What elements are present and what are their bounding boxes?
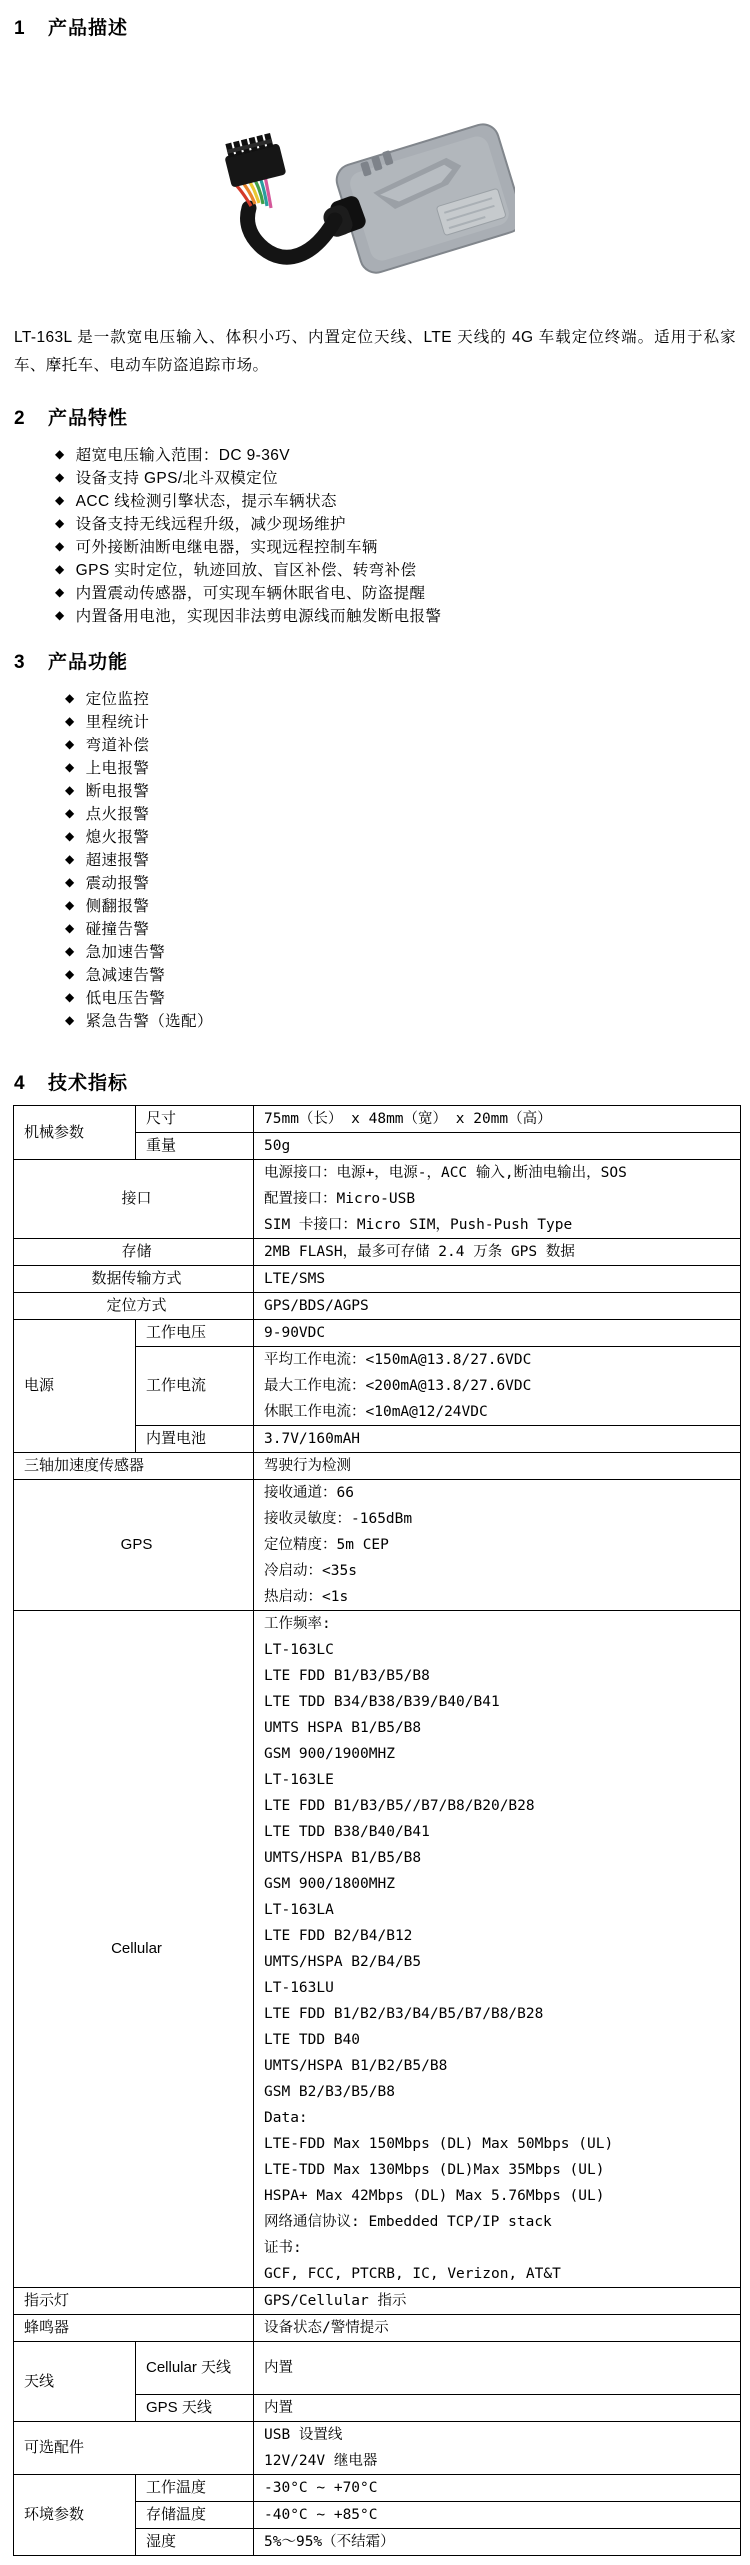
section-title: 技术指标 bbox=[48, 1071, 128, 1097]
diamond-bullet-icon: ◆ bbox=[55, 494, 65, 506]
spec-label-storage: 存储 bbox=[14, 1239, 254, 1266]
spec-label-accessories: 可选配件 bbox=[14, 2422, 254, 2475]
cellular-line: LTE FDD B1/B3/B5//B7/B8/B20/B28 bbox=[264, 1793, 736, 1819]
spec-sublabel-battery: 内置电池 bbox=[136, 1426, 254, 1453]
feature-item: ◆设备支持无线远程升级，减少现场维护 bbox=[0, 511, 750, 534]
function-item: ◆断电报警 bbox=[0, 778, 750, 801]
diamond-bullet-icon: ◆ bbox=[55, 540, 65, 552]
function-item: ◆紧急告警（选配） bbox=[0, 1008, 750, 1031]
function-text: 低电压告警 bbox=[86, 986, 166, 1008]
description-paragraph: LT-163L 是一款宽电压输入、体积小巧、内置定位天线、LTE 天线的 4G … bbox=[14, 324, 736, 380]
cellular-line: LTE TDD B38/B40/B41 bbox=[264, 1819, 736, 1845]
function-text: 点火报警 bbox=[86, 802, 150, 824]
function-text: 急加速告警 bbox=[86, 940, 166, 962]
spec-row-gps: GPS 接收通道：66 接收灵敏度：-165dBm 定位精度：5m CEP 冷启… bbox=[14, 1480, 741, 1611]
spec-table: 机械参数 尺寸 75mm（长） x 48mm（宽） x 20mm（高） 重量 5… bbox=[13, 1105, 741, 2556]
diamond-bullet-icon: ◆ bbox=[65, 853, 75, 865]
function-item: ◆弯道补偿 bbox=[0, 732, 750, 755]
diamond-bullet-icon: ◆ bbox=[65, 945, 75, 957]
function-item: ◆超速报警 bbox=[0, 847, 750, 870]
function-text: 断电报警 bbox=[86, 779, 150, 801]
section-3-heading: 3 产品功能 bbox=[14, 650, 750, 676]
feature-item: ◆可外接断油断电继电器，实现远程控制车辆 bbox=[0, 534, 750, 557]
spec-value-cellular: 工作频率: LT-163LC LTE FDD B1/B3/B5/B8 LTE T… bbox=[254, 1611, 741, 2288]
section-title: 产品特性 bbox=[48, 406, 128, 432]
spec-row-voltage: 电源 工作电压 9-90VDC bbox=[14, 1320, 741, 1347]
feature-text: 设备支持无线远程升级，减少现场维护 bbox=[76, 512, 346, 534]
spec-row-accelerometer: 三轴加速度传感器 驾驶行为检测 bbox=[14, 1453, 741, 1480]
wire-connector bbox=[221, 132, 286, 188]
function-item: ◆里程统计 bbox=[0, 709, 750, 732]
spec-sublabel-cellular-antenna: Cellular 天线 bbox=[136, 2342, 254, 2395]
product-photo bbox=[205, 80, 515, 292]
spec-value-gps: 接收通道：66 接收灵敏度：-165dBm 定位精度：5m CEP 冷启动：<3… bbox=[254, 1480, 741, 1611]
spec-value-accessories: USB 设置线 12V/24V 继电器 bbox=[254, 2422, 741, 2475]
spec-row-storage: 存储 2MB FLASH，最多可存储 2.4 万条 GPS 数据 bbox=[14, 1239, 741, 1266]
spec-sublabel-storage-temp: 存储温度 bbox=[136, 2502, 254, 2529]
feature-item: ◆GPS 实时定位，轨迹回放、盲区补偿、转弯补偿 bbox=[0, 557, 750, 580]
current-line: 休眠工作电流：<10mA@12/24VDC bbox=[264, 1399, 736, 1425]
feature-item: ◆内置备用电池，实现因非法剪电源线而触发断电报警 bbox=[0, 603, 750, 626]
function-item: ◆急减速告警 bbox=[0, 962, 750, 985]
diamond-bullet-icon: ◆ bbox=[65, 807, 75, 819]
cellular-line: Data: bbox=[264, 2105, 736, 2131]
spec-sublabel-work-temp: 工作温度 bbox=[136, 2475, 254, 2502]
diamond-bullet-icon: ◆ bbox=[55, 517, 65, 529]
spec-row-indicator: 指示灯 GPS/Cellular 指示 bbox=[14, 2288, 741, 2315]
cellular-line: LTE FDD B2/B4/B12 bbox=[264, 1923, 736, 1949]
diamond-bullet-icon: ◆ bbox=[65, 715, 75, 727]
diamond-bullet-icon: ◆ bbox=[65, 738, 75, 750]
feature-text: 内置备用电池，实现因非法剪电源线而触发断电报警 bbox=[76, 604, 442, 626]
spec-label-mechanical: 机械参数 bbox=[14, 1106, 136, 1160]
cellular-line: LTE FDD B1/B3/B5/B8 bbox=[264, 1663, 736, 1689]
cellular-line: LT-163LU bbox=[264, 1975, 736, 2001]
section-title: 产品功能 bbox=[48, 650, 128, 676]
spec-row-positioning: 定位方式 GPS/BDS/AGPS bbox=[14, 1293, 741, 1320]
functions-list: ◆定位监控 ◆里程统计 ◆弯道补偿 ◆上电报警 ◆断电报警 ◆点火报警 ◆熄火报… bbox=[0, 686, 750, 1031]
section-2-heading: 2 产品特性 bbox=[14, 406, 750, 432]
spec-row-data-mode: 数据传输方式 LTE/SMS bbox=[14, 1266, 741, 1293]
section-title: 产品描述 bbox=[48, 16, 128, 42]
spec-value-buzzer: 设备状态/警情提示 bbox=[254, 2315, 741, 2342]
cellular-line: GSM 900/1800MHZ bbox=[264, 1871, 736, 1897]
function-item: ◆上电报警 bbox=[0, 755, 750, 778]
spec-value-voltage: 9-90VDC bbox=[254, 1320, 741, 1347]
cellular-line: GSM 900/1900MHZ bbox=[264, 1741, 736, 1767]
spec-value-accelerometer: 驾驶行为检测 bbox=[254, 1453, 741, 1480]
diamond-bullet-icon: ◆ bbox=[55, 609, 65, 621]
diamond-bullet-icon: ◆ bbox=[65, 876, 75, 888]
diamond-bullet-icon: ◆ bbox=[65, 784, 75, 796]
spec-value-storage-temp: -40°C ~ +85°C bbox=[254, 2502, 741, 2529]
function-item: ◆急加速告警 bbox=[0, 939, 750, 962]
diamond-bullet-icon: ◆ bbox=[55, 471, 65, 483]
cable bbox=[248, 208, 335, 257]
function-item: ◆熄火报警 bbox=[0, 824, 750, 847]
spec-value-current: 平均工作电流：<150mA@13.8/27.6VDC 最大工作电流：<200mA… bbox=[254, 1347, 741, 1426]
spec-value-data-mode: LTE/SMS bbox=[254, 1266, 741, 1293]
cellular-line: HSPA+ Max 42Mbps (DL) Max 5.76Mbps (UL) bbox=[264, 2183, 736, 2209]
function-text: 上电报警 bbox=[86, 756, 150, 778]
feature-text: 内置震动传感器，可实现车辆休眠省电、防盗提醒 bbox=[76, 581, 426, 603]
interface-line: SIM 卡接口：Micro SIM，Push-Push Type bbox=[264, 1212, 736, 1238]
diamond-bullet-icon: ◆ bbox=[65, 899, 75, 911]
spec-row-cellular: Cellular 工作频率: LT-163LC LTE FDD B1/B3/B5… bbox=[14, 1611, 741, 2288]
datasheet-page: 1 产品描述 bbox=[0, 0, 750, 2556]
spec-label-power: 电源 bbox=[14, 1320, 136, 1453]
spec-value-humidity: 5%～95%（不结霜） bbox=[254, 2529, 741, 2556]
diamond-bullet-icon: ◆ bbox=[55, 586, 65, 598]
function-item: ◆低电压告警 bbox=[0, 985, 750, 1008]
cellular-line: LT-163LE bbox=[264, 1767, 736, 1793]
diamond-bullet-icon: ◆ bbox=[55, 563, 65, 575]
accessory-line: USB 设置线 bbox=[264, 2422, 736, 2448]
function-item: ◆碰撞告警 bbox=[0, 916, 750, 939]
feature-item: ◆超宽电压输入范围：DC 9-36V bbox=[0, 442, 750, 465]
spec-value-interface: 电源接口：电源+，电源-，ACC 输入,断油电输出，SOS 配置接口：Micro… bbox=[254, 1160, 741, 1239]
cellular-line: LT-163LC bbox=[264, 1637, 736, 1663]
section-number: 2 bbox=[14, 406, 48, 432]
spec-value-work-temp: -30°C ~ +70°C bbox=[254, 2475, 741, 2502]
function-text: 紧急告警（选配） bbox=[86, 1009, 213, 1031]
function-text: 定位监控 bbox=[86, 687, 150, 709]
spec-value-weight: 50g bbox=[254, 1133, 741, 1160]
gps-line: 接收灵敏度：-165dBm bbox=[264, 1506, 736, 1532]
features-list: ◆超宽电压输入范围：DC 9-36V ◆设备支持 GPS/北斗双模定位 ◆ACC… bbox=[0, 442, 750, 626]
function-text: 熄火报警 bbox=[86, 825, 150, 847]
accessory-line: 12V/24V 继电器 bbox=[264, 2448, 736, 2474]
spec-sublabel-gps-antenna: GPS 天线 bbox=[136, 2395, 254, 2422]
function-text: 里程统计 bbox=[86, 710, 150, 732]
spec-label-antenna: 天线 bbox=[14, 2342, 136, 2422]
spec-label-data-mode: 数据传输方式 bbox=[14, 1266, 254, 1293]
spec-value-size: 75mm（长） x 48mm（宽） x 20mm（高） bbox=[254, 1106, 741, 1133]
spec-row-accessories: 可选配件 USB 设置线 12V/24V 继电器 bbox=[14, 2422, 741, 2475]
cellular-line: GCF, FCC, PTCRB, IC, Verizon, AT&T bbox=[264, 2261, 736, 2287]
cellular-line: UMTS/HSPA B1/B5/B8 bbox=[264, 1845, 736, 1871]
feature-item: ◆设备支持 GPS/北斗双模定位 bbox=[0, 465, 750, 488]
diamond-bullet-icon: ◆ bbox=[55, 448, 65, 460]
spec-label-environment: 环境参数 bbox=[14, 2475, 136, 2556]
spec-row-dimensions: 机械参数 尺寸 75mm（长） x 48mm（宽） x 20mm（高） bbox=[14, 1106, 741, 1133]
spec-sublabel-size: 尺寸 bbox=[136, 1106, 254, 1133]
spec-label-accelerometer: 三轴加速度传感器 bbox=[14, 1453, 254, 1480]
function-text: 超速报警 bbox=[86, 848, 150, 870]
diamond-bullet-icon: ◆ bbox=[65, 922, 75, 934]
feature-text: ACC 线检测引擎状态，提示车辆状态 bbox=[76, 489, 337, 511]
spec-value-gps-antenna: 内置 bbox=[254, 2395, 741, 2422]
cellular-line: UMTS/HSPA B2/B4/B5 bbox=[264, 1949, 736, 1975]
current-line: 最大工作电流：<200mA@13.8/27.6VDC bbox=[264, 1373, 736, 1399]
cellular-line: LTE TDD B34/B38/B39/B40/B41 bbox=[264, 1689, 736, 1715]
spec-label-indicator: 指示灯 bbox=[14, 2288, 254, 2315]
section-1-heading: 1 产品描述 bbox=[14, 0, 750, 42]
feature-item: ◆内置震动传感器，可实现车辆休眠省电、防盗提醒 bbox=[0, 580, 750, 603]
interface-line: 配置接口：Micro-USB bbox=[264, 1186, 736, 1212]
spec-value-cellular-antenna: 内置 bbox=[254, 2342, 741, 2395]
spec-label-buzzer: 蜂鸣器 bbox=[14, 2315, 254, 2342]
section-number: 3 bbox=[14, 650, 48, 676]
section-4-heading: 4 技术指标 bbox=[14, 1071, 750, 1097]
section-number: 1 bbox=[14, 16, 48, 42]
cellular-line: UMTS/HSPA B1/B2/B5/B8 bbox=[264, 2053, 736, 2079]
cellular-line: LT-163LA bbox=[264, 1897, 736, 1923]
cellular-line: 网络通信协议: Embedded TCP/IP stack bbox=[264, 2209, 736, 2235]
diamond-bullet-icon: ◆ bbox=[65, 968, 75, 980]
spec-sublabel-humidity: 湿度 bbox=[136, 2529, 254, 2556]
feature-item: ◆ACC 线检测引擎状态，提示车辆状态 bbox=[0, 488, 750, 511]
cellular-line: LTE FDD B1/B2/B3/B4/B5/B7/B8/B28 bbox=[264, 2001, 736, 2027]
spec-row-work-temp: 环境参数 工作温度 -30°C ~ +70°C bbox=[14, 2475, 741, 2502]
function-text: 侧翻报警 bbox=[86, 894, 150, 916]
section-number: 4 bbox=[14, 1071, 48, 1097]
diamond-bullet-icon: ◆ bbox=[65, 991, 75, 1003]
function-item: ◆震动报警 bbox=[0, 870, 750, 893]
function-text: 震动报警 bbox=[86, 871, 150, 893]
diamond-bullet-icon: ◆ bbox=[65, 1014, 75, 1026]
current-line: 平均工作电流：<150mA@13.8/27.6VDC bbox=[264, 1347, 736, 1373]
cellular-line: LTE-TDD Max 130Mbps (DL)Max 35Mbps (UL) bbox=[264, 2157, 736, 2183]
spec-label-cellular: Cellular bbox=[14, 1611, 254, 2288]
function-item: ◆侧翻报警 bbox=[0, 893, 750, 916]
function-text: 急减速告警 bbox=[86, 963, 166, 985]
cellular-line: LTE TDD B40 bbox=[264, 2027, 736, 2053]
cellular-line: 工作频率: bbox=[264, 1611, 736, 1637]
spec-sublabel-current: 工作电流 bbox=[136, 1347, 254, 1426]
gps-line: 热启动：<1s bbox=[264, 1584, 736, 1610]
spec-value-storage: 2MB FLASH，最多可存储 2.4 万条 GPS 数据 bbox=[254, 1239, 741, 1266]
spec-value-indicator: GPS/Cellular 指示 bbox=[254, 2288, 741, 2315]
interface-line: 电源接口：电源+，电源-，ACC 输入,断油电输出，SOS bbox=[264, 1160, 736, 1186]
gps-line: 冷启动：<35s bbox=[264, 1558, 736, 1584]
cellular-line: 证书: bbox=[264, 2235, 736, 2261]
cellular-line: LTE-FDD Max 150Mbps (DL) Max 50Mbps (UL) bbox=[264, 2131, 736, 2157]
function-item: ◆定位监控 bbox=[0, 686, 750, 709]
function-item: ◆点火报警 bbox=[0, 801, 750, 824]
diamond-bullet-icon: ◆ bbox=[65, 830, 75, 842]
feature-text: 可外接断油断电继电器，实现远程控制车辆 bbox=[76, 535, 378, 557]
device-body bbox=[332, 119, 515, 277]
spec-row-cellular-antenna: 天线 Cellular 天线 内置 bbox=[14, 2342, 741, 2395]
feature-text: GPS 实时定位，轨迹回放、盲区补偿、转弯补偿 bbox=[76, 558, 417, 580]
spec-label-interface: 接口 bbox=[14, 1160, 254, 1239]
cellular-line: GSM B2/B3/B5/B8 bbox=[264, 2079, 736, 2105]
cellular-line: UMTS HSPA B1/B5/B8 bbox=[264, 1715, 736, 1741]
diamond-bullet-icon: ◆ bbox=[65, 692, 75, 704]
spec-value-positioning: GPS/BDS/AGPS bbox=[254, 1293, 741, 1320]
function-text: 碰撞告警 bbox=[86, 917, 150, 939]
gps-line: 接收通道：66 bbox=[264, 1480, 736, 1506]
spec-row-buzzer: 蜂鸣器 设备状态/警情提示 bbox=[14, 2315, 741, 2342]
spec-sublabel-voltage: 工作电压 bbox=[136, 1320, 254, 1347]
spec-label-gps: GPS bbox=[14, 1480, 254, 1611]
function-text: 弯道补偿 bbox=[86, 733, 150, 755]
gps-tracker-device-illustration bbox=[205, 80, 515, 292]
feature-text: 超宽电压输入范围：DC 9-36V bbox=[76, 443, 290, 465]
spec-sublabel-weight: 重量 bbox=[136, 1133, 254, 1160]
feature-text: 设备支持 GPS/北斗双模定位 bbox=[76, 466, 278, 488]
spec-row-interface: 接口 电源接口：电源+，电源-，ACC 输入,断油电输出，SOS 配置接口：Mi… bbox=[14, 1160, 741, 1239]
diamond-bullet-icon: ◆ bbox=[65, 761, 75, 773]
spec-value-battery: 3.7V/160mAH bbox=[254, 1426, 741, 1453]
spec-label-positioning: 定位方式 bbox=[14, 1293, 254, 1320]
gps-line: 定位精度：5m CEP bbox=[264, 1532, 736, 1558]
